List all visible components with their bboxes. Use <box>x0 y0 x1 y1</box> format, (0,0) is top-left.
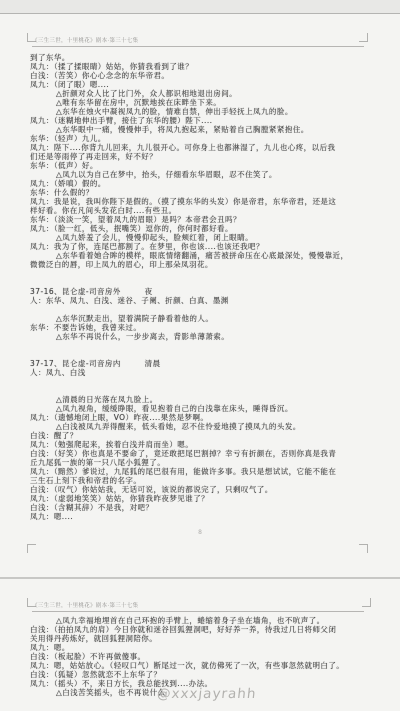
script-line: △清晨的日光落在凤九脸上。 <box>30 395 372 404</box>
script-lines: △凤九幸福地埋首在自己环抱的手臂上，蜷缩着身子坐在墙角，也不吭声了。白浅：（拍拍… <box>30 616 372 697</box>
script-line: 白浅：醒了？ <box>30 431 372 440</box>
script-line: 白浅：（拍拍凤九的肩）今日你就和迷谷回狐狸洞吧，好好养一养，待我过几日将师父闭 <box>30 625 372 634</box>
script-line: 凤九：嗯，姑姑放心。（轻叹口气）断尾过一次，就仿佛死了一次，有些事忽然就明白了。 <box>30 661 372 670</box>
background-band <box>0 0 400 14</box>
script-line: △凤九幸福地埋首在自己环抱的手臂上，蜷缩着身子坐在墙角，也不吭声了。 <box>30 616 372 625</box>
watermark: @xxxjayrahh <box>156 686 257 702</box>
script-line: △凤九娇羞了会儿，慢慢仰起头，脸颊红着，闭上眼睛。 <box>30 233 372 242</box>
script-line: 凤九：（脸一红，低头，抿嘴笑）逗你的，你何时都好看。 <box>30 224 372 233</box>
script-line: 东华：不要告诉她，我曾来过。 <box>30 323 372 332</box>
script-line: △东华看着她合眸的模样，眼底情绪翻涌，痛苦被拼命压在心底最深处，慢慢靠近， <box>30 251 372 260</box>
script-line: 凤九：（闭了眼）嗯.... <box>30 80 372 89</box>
script-line: 东华：（低声）好。 <box>30 161 372 170</box>
script-line: △凤九以为自己在梦中，抬头，仔细看东华眉眼，忍不住笑了。 <box>30 170 372 179</box>
script-line: △东华眼中一痛，慢慢伸手，将凤九抱起来，紧贴着自己胸膛紧紧抱住。 <box>30 125 372 134</box>
script-line: 们还是等雨停了再走回来，好不好？ <box>30 152 372 161</box>
margin-crop-mark-icon <box>27 544 36 553</box>
script-line: △凤九视角，缓缓睁眼，看见抱着自己的白浅靠在床头，睡得昏沉。 <box>30 404 372 413</box>
script-line: △东华不再说什么，一步步离去，背影单薄萧索。 <box>30 332 372 341</box>
script-lines: 到了东华。凤九：（揉了揉眼睛）姑姑，你猜我看到了谁？白浅：（苦笑）你心心念念的东… <box>30 53 372 521</box>
script-page-1: 《三生三世，十里桃花》剧本·第三十七集 到了东华。凤九：（揉了揉眼睛）姑姑，你猜… <box>0 14 400 577</box>
script-line: 白浅：（含糊其辞）不是我，对吧？ <box>30 503 372 512</box>
script-line: △东华在烛火中凝视凤九的脸，情难自禁，伸出手轻抚上凤九的脸。 <box>30 107 372 116</box>
script-line: △白浅被凤九弄得醒来，低头看她，忍不住怜爱地摸了摸凤九的头发。 <box>30 422 372 431</box>
script-line: 白浅：（狐疑）忽然就恋不上东华了？ <box>30 670 372 679</box>
script-line: 凤九：（迷糊地伸出手臂，接住了东华的腰）陛下.... <box>30 116 372 125</box>
script-line: 凤九：我是说，我叫你陛下是假的。（摸了摸东华的头发）你是帝君，东华帝君，还是这 <box>30 197 372 206</box>
script-line: △东华沉默走出，望着满院子静看着他的人。 <box>30 314 372 323</box>
script-line: 人：凤九、白浅 <box>30 368 372 377</box>
script-line: 凤九：（黯然）爹说过，九尾狐的尾巴很有用，能做许多事。我只是想试试，它能不能在 <box>30 467 372 476</box>
document-photo: 《三生三世，十里桃花》剧本·第三十七集 到了东华。凤九：（揉了揉眼睛）姑姑，你猜… <box>0 0 400 711</box>
script-line: △折颜对众人比了比门外，众人都识相地退出房间。 <box>30 89 372 98</box>
script-line: 白浅：（苦笑）你心心念念的东华帝君。 <box>30 71 372 80</box>
page-number: 8 <box>0 529 400 536</box>
script-line: 东华：（轻声）九儿。 <box>30 134 372 143</box>
script-line: 到了东华。 <box>30 53 372 62</box>
margin-crop-mark-icon <box>359 544 368 553</box>
page-header: 《三生三世，十里桃花》剧本·第三十七集 <box>32 37 364 47</box>
page-header-text: 《三生三世，十里桃花》剧本·第三十七集 <box>32 38 138 44</box>
script-line: 东华：什么假的？ <box>30 188 372 197</box>
script-line: 凤九：（虚弱地笑笑）姑姑，你猜我昨夜梦见谁了？ <box>30 494 372 503</box>
script-line: 凤九：嗯.... <box>30 512 372 521</box>
script-line: 东华：（淡淡一笑，望着凤九的眉眼）是吗？本帝君会丑吗？ <box>30 215 372 224</box>
script-line: 三生石上刻下我和帝君的名字。 <box>30 476 372 485</box>
script-line: 关用得丹药炼好，就回狐狸洞陪你。 <box>30 634 372 643</box>
page-header: 《三生三世，十里桃花》剧本·第三十七集 <box>32 602 364 612</box>
script-line: 凤九：（娇嗔）假的。 <box>30 179 372 188</box>
script-line: 人：东华、凤九、白浅、迷谷、子阑、折颜、白真、墨渊 <box>30 296 372 305</box>
script-line: 白浅：（好笑）你也真是不要命了，竟还敢把尾巴割掉？幸亏有折颜在，否则你真是我青 <box>30 449 372 458</box>
script-line: 凤九：（遗憾地闭上眼，VO）昨夜....果然是梦啊。 <box>30 413 372 422</box>
script-line: 凤九：陛下....你背九儿回来，九儿很开心。可你身上也都淋湿了，九儿也心疼，以后… <box>30 143 372 152</box>
script-line: 凤九：（勉强爬起来，挨着白浅并肩而坐）嗯。 <box>30 440 372 449</box>
script-line: 微微泛白的唇，印上凤九的眉心，印上那朵凤羽花。 <box>30 260 372 269</box>
page-header-text: 《三生三世，十里桃花》剧本·第三十七集 <box>32 603 138 609</box>
script-line: 凤九：嗯。 <box>30 643 372 652</box>
script-line: 样好看。你在凡间头发花白时....有些丑。 <box>30 206 372 215</box>
script-line: 丘九尾狐一族的第一只八尾小狐狸了。 <box>30 458 372 467</box>
script-line: 白浅：（板起脸）不许再做傻事。 <box>30 652 372 661</box>
script-line: 凤九：我为了你，连尾巴都割了。在梦里，你也该....也该还我吧？ <box>30 242 372 251</box>
script-line: 白浅：（叹气）你姑姑我，无话可说，该说的都说完了，只剩叹气了。 <box>30 485 372 494</box>
script-line: 37-17、昆仑虚-司音房内 清晨 <box>30 359 372 368</box>
script-line: △唯有东华留在房中，沉默地挨在床畔坐下来。 <box>30 98 372 107</box>
script-line: 37-16、昆仑虚-司音房外 夜 <box>30 287 372 296</box>
script-line: 凤九：（揉了揉眼睛）姑姑，你猜我看到了谁？ <box>30 62 372 71</box>
